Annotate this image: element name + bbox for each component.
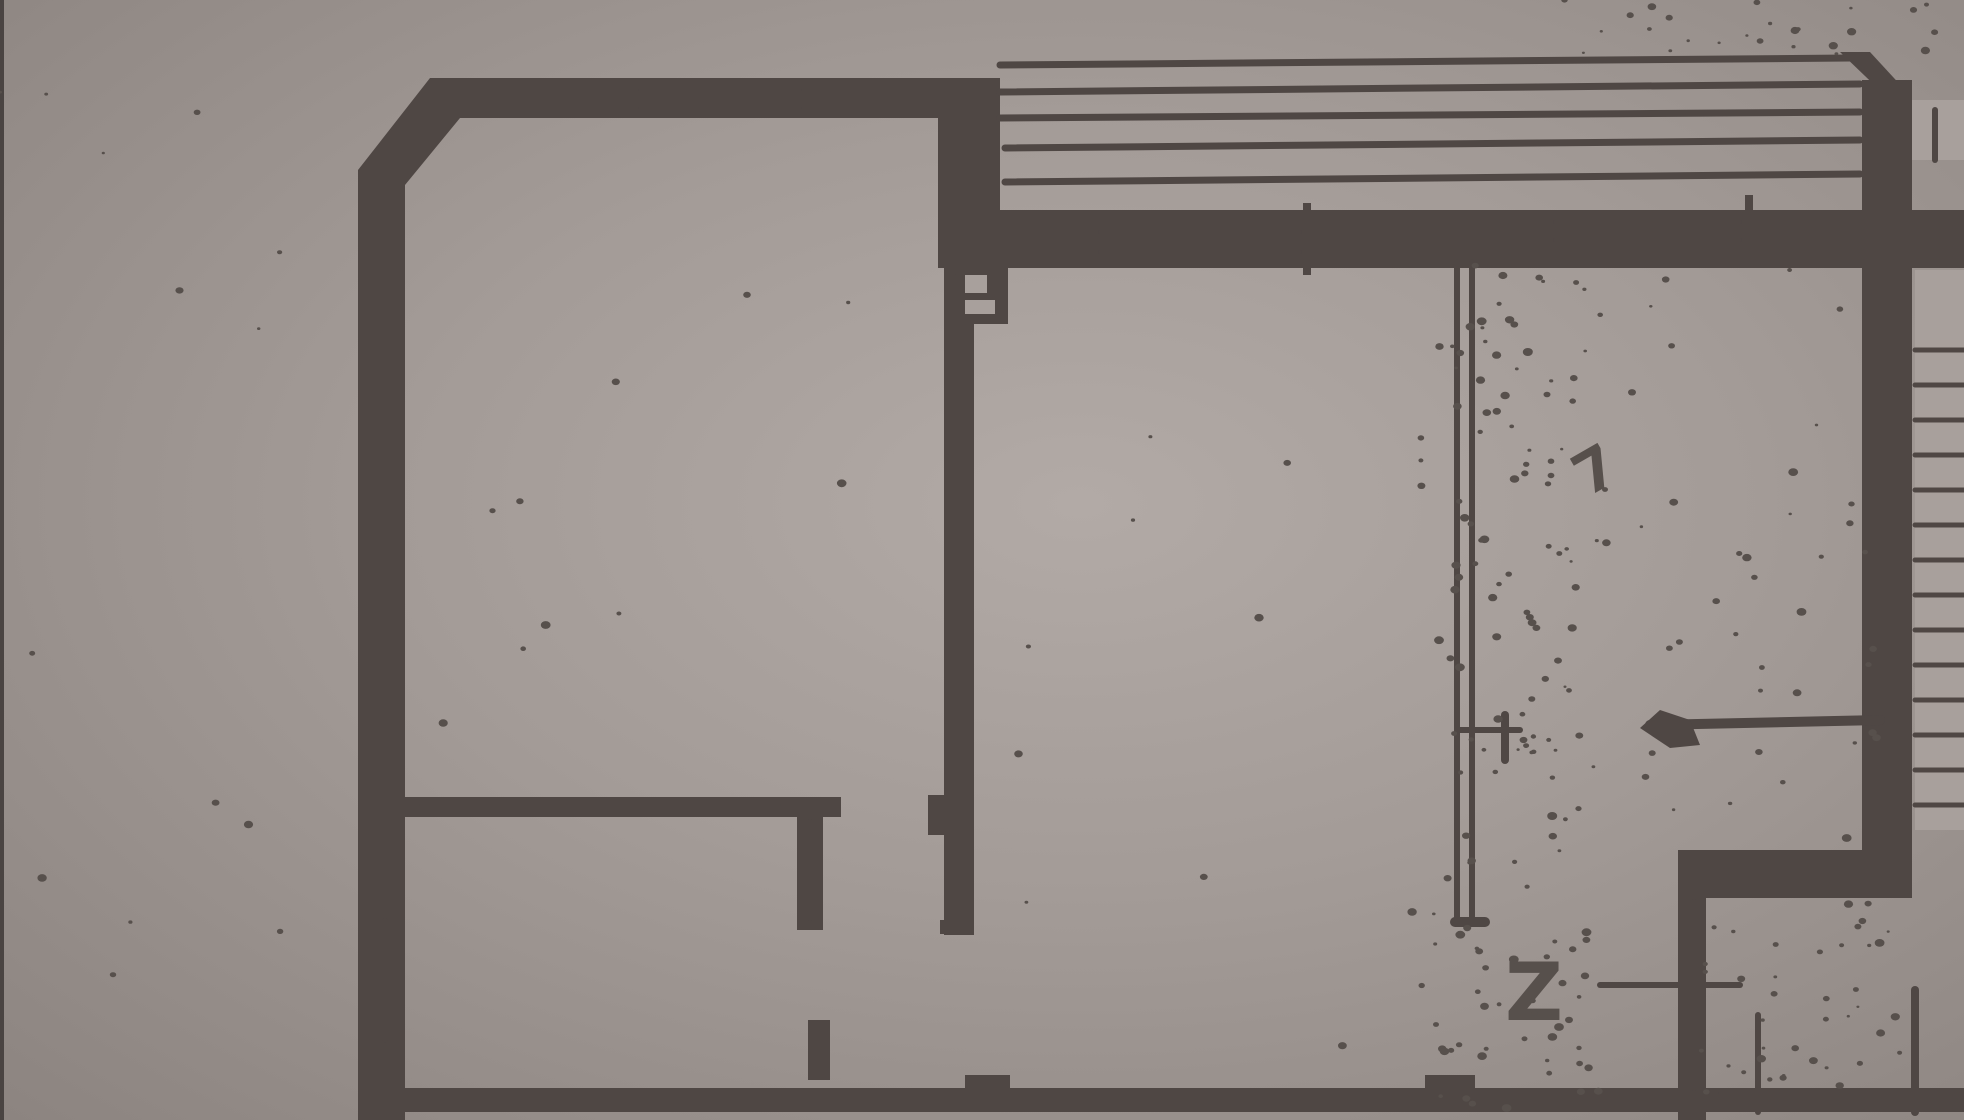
floor-plan-drawing: 7 Z: [0, 0, 1964, 1120]
balcony-lines: [1000, 52, 1905, 182]
floor-plan-scan: 7 Z: [0, 0, 1964, 1120]
upper-wall: [1000, 195, 1964, 275]
plan-annotations: 7 Z: [1505, 430, 1630, 1039]
annotation-mark-7: 7: [1561, 430, 1630, 509]
left-room-walls: [358, 78, 1008, 1120]
bottom-wall: [405, 1075, 1964, 1112]
center-partition: [1455, 262, 1520, 922]
left-room-partition: [385, 797, 841, 1080]
